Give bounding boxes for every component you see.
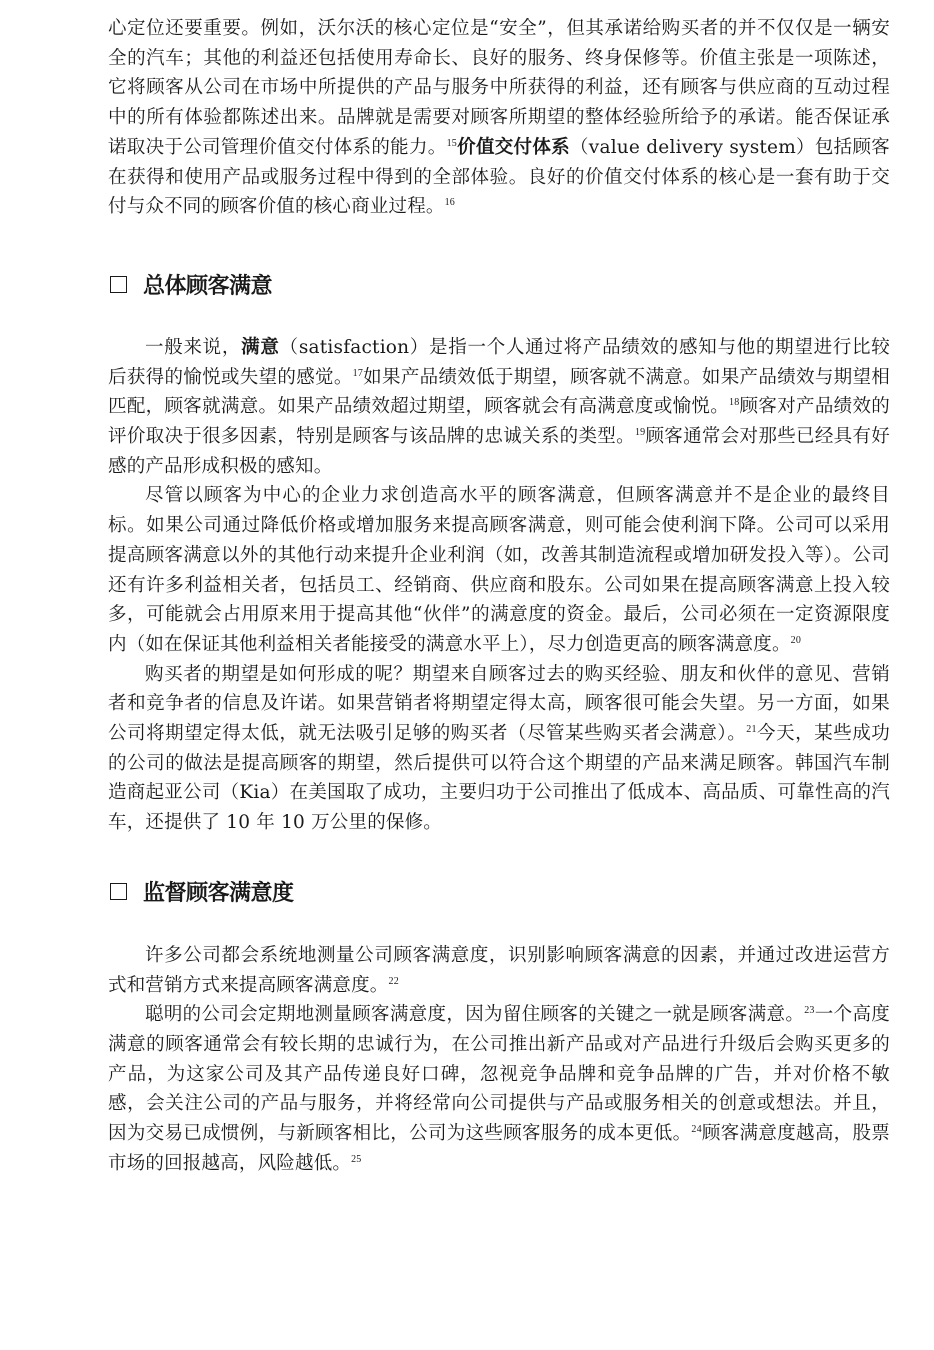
document-page: 心定位还要重要。例如，沃尔沃的核心定位是“安全”，但其承诺给购买者的并不仅仅是一… <box>108 14 890 1179</box>
section1-body: 一般来说，满意（satisfaction）是指一个人通过将产品绩效的感知与他的期… <box>108 333 890 838</box>
footnote-ref: 24 <box>691 1124 701 1135</box>
section-heading-monitoring-satisfaction: 监督顾客满意度 <box>108 876 890 907</box>
term-satisfaction: 满意 <box>241 337 279 358</box>
paragraph: 聪明的公司会定期地测量顾客满意度，因为留住顾客的关键之一就是顾客满意。23一个高… <box>108 1000 890 1178</box>
footnote-ref: 18 <box>729 397 739 408</box>
footnote-ref: 22 <box>389 976 399 987</box>
footnote-ref: 17 <box>353 368 363 379</box>
footnote-ref: 15 <box>447 138 457 149</box>
section-title: 总体顾客满意 <box>143 269 272 300</box>
paragraph: 尽管以顾客为中心的企业力求创造高水平的顾客满意，但顾客满意并不是企业的最终目标。… <box>108 481 890 659</box>
paragraph: 许多公司都会系统地测量公司顾客满意度，识别影响顾客满意的因素，并通过改进运营方式… <box>108 941 890 1000</box>
section-heading-overall-satisfaction: 总体顾客满意 <box>108 269 890 300</box>
body-text: 聪明的公司会定期地测量顾客满意度，因为留住顾客的关键之一就是顾客满意。 <box>145 1004 804 1025</box>
paragraph: 一般来说，满意（satisfaction）是指一个人通过将产品绩效的感知与他的期… <box>108 333 890 482</box>
footnote-ref: 21 <box>746 724 756 735</box>
intro-paragraph: 心定位还要重要。例如，沃尔沃的核心定位是“安全”，但其承诺给购买者的并不仅仅是一… <box>108 14 890 222</box>
footnote-ref: 19 <box>635 427 645 438</box>
section-title: 监督顾客满意度 <box>143 876 294 907</box>
checkbox-square-icon <box>110 883 127 900</box>
section2-body: 许多公司都会系统地测量公司顾客满意度，识别影响顾客满意的因素，并通过改进运营方式… <box>108 941 890 1179</box>
body-text: 尽管以顾客为中心的企业力求创造高水平的顾客满意，但顾客满意并不是企业的最终目标。… <box>108 485 890 655</box>
term-value-delivery-system: 价值交付体系 <box>457 137 570 158</box>
footnote-ref: 25 <box>351 1154 361 1165</box>
body-text: 许多公司都会系统地测量公司顾客满意度，识别影响顾客满意的因素，并通过改进运营方式… <box>108 945 890 996</box>
footnote-ref: 16 <box>445 197 455 208</box>
footnote-ref: 23 <box>804 1005 814 1016</box>
paragraph: 购买者的期望是如何形成的呢？期望来自顾客过去的购买经验、朋友和伙伴的意见、营销者… <box>108 660 890 838</box>
footnote-ref: 20 <box>791 635 801 646</box>
checkbox-square-icon <box>110 276 127 293</box>
body-text: 一般来说， <box>145 337 241 358</box>
